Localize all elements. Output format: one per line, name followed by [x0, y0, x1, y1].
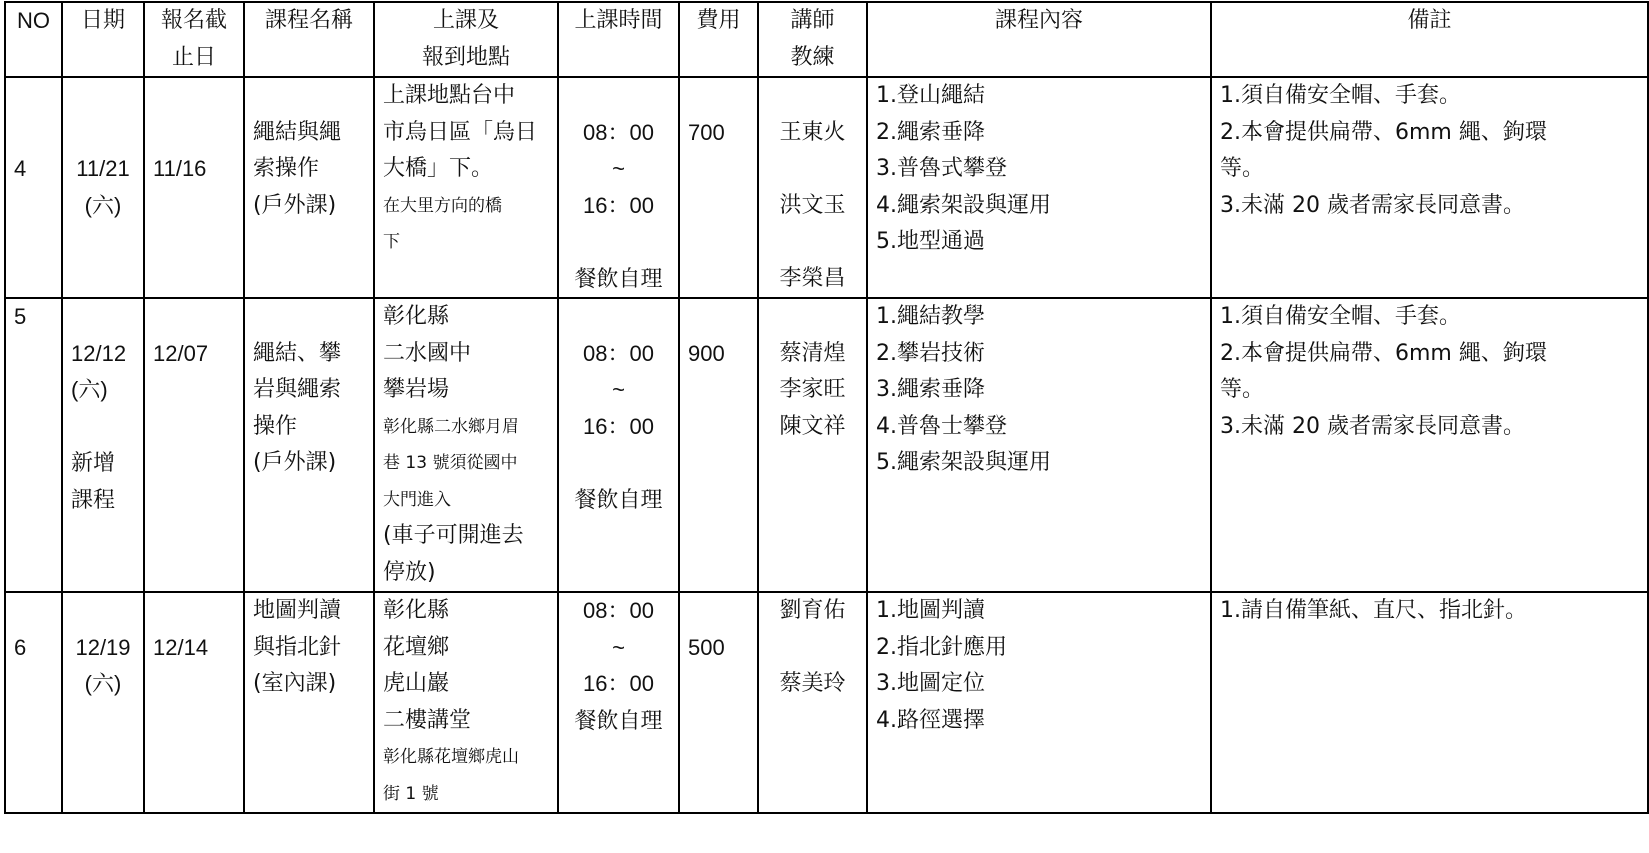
instructor: 王東火 — [767, 115, 858, 152]
cell-no: 6 — [5, 592, 62, 813]
time-start: 08：00 — [567, 336, 670, 373]
cell-remarks: 1.須自備安全帽、手套。 2.本會提供扁帶、6mm 繩、鉤環 等。 3.未滿 2… — [1211, 298, 1648, 592]
remark-item: 等。 — [1220, 372, 1639, 409]
instructor: 劉育佑 — [767, 593, 858, 630]
location-line: 二水國中 — [383, 336, 549, 373]
new-course-note: 課程 — [71, 482, 135, 519]
header-fee: 費用 — [679, 2, 758, 77]
course-name-line: 操作 — [253, 409, 365, 446]
course-no: 5 — [14, 299, 53, 336]
location-line: 大橋」下。 — [383, 151, 549, 188]
location-detail: 大門進入 — [383, 482, 549, 519]
signup-deadline: 12/14 — [153, 630, 235, 667]
meal-note: 餐飲自理 — [567, 703, 670, 740]
content-item: 1.繩結教學 — [876, 299, 1202, 336]
header-date: 日期 — [62, 2, 144, 77]
cell-no: 4 — [5, 77, 62, 298]
course-name-line: 索操作 — [253, 151, 365, 188]
table-row: 4 11/21(六) 11/16 繩結與繩 索操作 (戶外課) 上課地點台中 市… — [5, 77, 1648, 298]
remark-item: 1.須自備安全帽、手套。 — [1220, 78, 1639, 115]
course-type: (戶外課) — [253, 188, 365, 225]
time-end: 16：00 — [567, 409, 670, 446]
course-date: 12/12 — [71, 336, 135, 373]
table-row: 5 12/12 (六) 新增 課程 12/07 繩結、攀 岩與繩索 操作 (戶外… — [5, 298, 1648, 592]
content-item: 2.繩索垂降 — [876, 115, 1202, 152]
header-row: NO 日期 報名截 止日 課程名稱 上課及 報到地點 上課時間 費用 講師 教練… — [5, 2, 1648, 77]
new-course-note: 新增 — [71, 445, 135, 482]
cell-location: 上課地點台中 市烏日區「烏日 大橋」下。 在大里方向的橋 下 — [374, 77, 558, 298]
location-detail: 彰化縣二水鄉月眉 — [383, 409, 549, 446]
time-start: 08：00 — [567, 593, 670, 630]
header-no: NO — [5, 2, 62, 77]
cell-time: 08：00 ~ 16：00 餐飲自理 — [558, 298, 679, 592]
cell-content: 1.登山繩結 2.繩索垂降 3.普魯式攀登 4.繩索架設與運用 5.地型通過 — [867, 77, 1211, 298]
cell-instructors: 蔡清煌 李家旺 陳文祥 — [758, 298, 867, 592]
header-deadline: 報名截 止日 — [144, 2, 244, 77]
instructor: 李家旺 — [767, 372, 858, 409]
content-item: 4.繩索架設與運用 — [876, 188, 1202, 225]
cell-date: 12/19 (六) — [62, 592, 144, 813]
header-content: 課程內容 — [867, 2, 1211, 77]
cell-remarks: 1.請自備筆紙、直尺、指北針。 — [1211, 592, 1648, 813]
location-line: 攀岩場 — [383, 372, 549, 409]
header-location-line2: 報到地點 — [383, 40, 549, 77]
cell-location: 彰化縣 花壇鄉 虎山巖 二樓講堂 彰化縣花壇鄉虎山 街 1 號 — [374, 592, 558, 813]
course-date: 11/21 — [71, 151, 135, 188]
time-start: 08：00 — [567, 115, 670, 152]
fee: 900 — [688, 336, 749, 373]
parking-note: (車子可開進去 — [383, 518, 549, 555]
header-instructor-line1: 講師 — [767, 3, 858, 40]
remark-item: 3.未滿 20 歲者需家長同意書。 — [1220, 188, 1639, 225]
cell-fee: 700 — [679, 77, 758, 298]
course-weekday: (六) — [71, 188, 135, 225]
instructor: 洪文玉 — [767, 188, 858, 225]
content-item: 3.繩索垂降 — [876, 372, 1202, 409]
content-item: 5.繩索架設與運用 — [876, 445, 1202, 482]
instructor: 李榮昌 — [767, 261, 858, 298]
cell-location: 彰化縣 二水國中 攀岩場 彰化縣二水鄉月眉 巷 13 號須從國中 大門進入 (車… — [374, 298, 558, 592]
time-end: 16：00 — [567, 666, 670, 703]
cell-instructors: 劉育佑 蔡美玲 — [758, 592, 867, 813]
location-detail: 彰化縣花壇鄉虎山 — [383, 739, 549, 776]
course-schedule-table: NO 日期 報名截 止日 課程名稱 上課及 報到地點 上課時間 費用 講師 教練… — [4, 1, 1649, 814]
header-deadline-line1: 報名截 — [153, 3, 235, 40]
location-detail: 街 1 號 — [383, 776, 549, 813]
location-line: 彰化縣 — [383, 299, 549, 336]
content-item: 4.普魯士攀登 — [876, 409, 1202, 446]
cell-fee: 900 — [679, 298, 758, 592]
cell-content: 1.地圖判讀 2.指北針應用 3.地圖定位 4.路徑選擇 — [867, 592, 1211, 813]
time-separator: ~ — [567, 372, 670, 409]
course-weekday: (六) — [71, 666, 135, 703]
header-instructor: 講師 教練 — [758, 2, 867, 77]
instructor: 陳文祥 — [767, 409, 858, 446]
instructor: 蔡美玲 — [767, 666, 858, 703]
time-separator: ~ — [567, 630, 670, 667]
remark-item: 3.未滿 20 歲者需家長同意書。 — [1220, 409, 1639, 446]
course-name-line: 地圖判讀 — [253, 593, 365, 630]
meal-note: 餐飲自理 — [567, 261, 670, 298]
cell-time: 08：00 ~ 16：00 餐飲自理 — [558, 77, 679, 298]
header-course: 課程名稱 — [244, 2, 374, 77]
fee: 500 — [688, 630, 749, 667]
remark-item: 等。 — [1220, 151, 1639, 188]
time-end: 16：00 — [567, 188, 670, 225]
location-line: 上課地點台中 — [383, 78, 549, 115]
course-no: 4 — [14, 151, 53, 188]
cell-time: 08：00 ~ 16：00 餐飲自理 — [558, 592, 679, 813]
content-item: 2.攀岩技術 — [876, 336, 1202, 373]
cell-deadline: 12/07 — [144, 298, 244, 592]
course-name-line: 岩與繩索 — [253, 372, 365, 409]
remark-item: 1.請自備筆紙、直尺、指北針。 — [1220, 593, 1639, 630]
cell-deadline: 11/16 — [144, 77, 244, 298]
course-date: 12/19 — [71, 630, 135, 667]
remark-item: 1.須自備安全帽、手套。 — [1220, 299, 1639, 336]
instructor: 蔡清煌 — [767, 336, 858, 373]
content-item: 2.指北針應用 — [876, 630, 1202, 667]
course-no: 6 — [14, 630, 53, 667]
content-item: 1.地圖判讀 — [876, 593, 1202, 630]
course-type: (室內課) — [253, 666, 365, 703]
location-line: 花壇鄉 — [383, 630, 549, 667]
fee: 700 — [688, 115, 749, 152]
signup-deadline: 12/07 — [153, 336, 235, 373]
content-item: 5.地型通過 — [876, 224, 1202, 261]
remark-item: 2.本會提供扁帶、6mm 繩、鉤環 — [1220, 115, 1639, 152]
location-line: 二樓講堂 — [383, 703, 549, 740]
cell-fee: 500 — [679, 592, 758, 813]
remark-item: 2.本會提供扁帶、6mm 繩、鉤環 — [1220, 336, 1639, 373]
cell-no: 5 — [5, 298, 62, 592]
content-item: 3.普魯式攀登 — [876, 151, 1202, 188]
cell-date: 12/12 (六) 新增 課程 — [62, 298, 144, 592]
course-name-line: 與指北針 — [253, 630, 365, 667]
location-detail: 巷 13 號須從國中 — [383, 445, 549, 482]
cell-instructors: 王東火 洪文玉 李榮昌 — [758, 77, 867, 298]
location-line: 市烏日區「烏日 — [383, 115, 549, 152]
table-row: 6 12/19 (六) 12/14 地圖判讀 與指北針 (室內課) 彰化縣 花壇… — [5, 592, 1648, 813]
course-name-line: 繩結、攀 — [253, 336, 365, 373]
signup-deadline: 11/16 — [153, 151, 235, 188]
cell-course: 繩結、攀 岩與繩索 操作 (戶外課) — [244, 298, 374, 592]
cell-remarks: 1.須自備安全帽、手套。 2.本會提供扁帶、6mm 繩、鉤環 等。 3.未滿 2… — [1211, 77, 1648, 298]
cell-course: 地圖判讀 與指北針 (室內課) — [244, 592, 374, 813]
content-item: 3.地圖定位 — [876, 666, 1202, 703]
meal-note: 餐飲自理 — [567, 482, 670, 519]
content-item: 4.路徑選擇 — [876, 703, 1202, 740]
time-separator: ~ — [567, 151, 670, 188]
cell-date: 11/21(六) — [62, 77, 144, 298]
header-location: 上課及 報到地點 — [374, 2, 558, 77]
header-time: 上課時間 — [558, 2, 679, 77]
location-detail: 在大里方向的橋 — [383, 188, 549, 225]
course-type: (戶外課) — [253, 445, 365, 482]
course-weekday: (六) — [71, 372, 135, 409]
header-instructor-line2: 教練 — [767, 40, 858, 77]
cell-course: 繩結與繩 索操作 (戶外課) — [244, 77, 374, 298]
location-line: 虎山巖 — [383, 666, 549, 703]
header-deadline-line2: 止日 — [153, 40, 235, 77]
parking-note: 停放) — [383, 555, 549, 592]
header-remarks: 備註 — [1211, 2, 1648, 77]
cell-content: 1.繩結教學 2.攀岩技術 3.繩索垂降 4.普魯士攀登 5.繩索架設與運用 — [867, 298, 1211, 592]
header-location-line1: 上課及 — [383, 3, 549, 40]
course-name-line: 繩結與繩 — [253, 115, 365, 152]
cell-deadline: 12/14 — [144, 592, 244, 813]
location-line: 彰化縣 — [383, 593, 549, 630]
location-detail: 下 — [383, 224, 549, 261]
content-item: 1.登山繩結 — [876, 78, 1202, 115]
